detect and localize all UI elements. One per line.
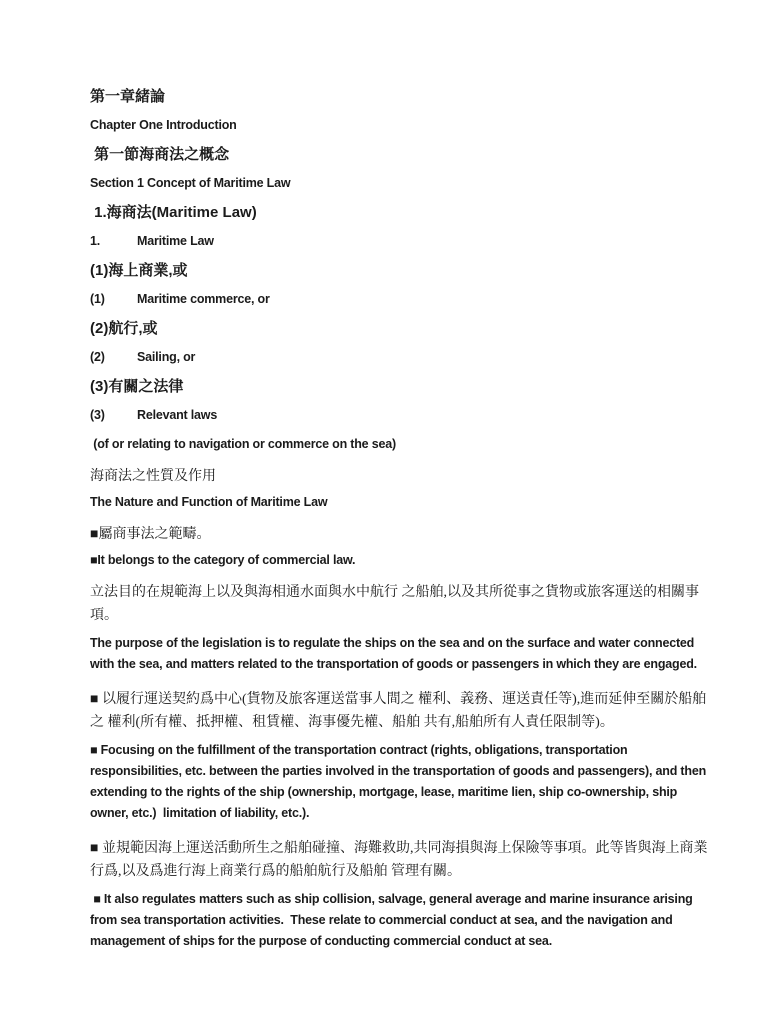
bullet-zh: ■屬商事法之範疇。 (90, 523, 710, 546)
bullet-paragraph-zh: ■ 並規範因海上運送活動所生之船舶碰撞、海難救助,共同海損與海上保險等事項。此等… (90, 837, 710, 883)
parenthetical-note-en: (of or relating to navigation or commerc… (90, 436, 710, 453)
list-item: (1) Maritime commerce, or (90, 291, 710, 308)
list-label: Maritime commerce, or (137, 291, 710, 308)
list-number: 1. (90, 233, 137, 250)
list-item: (2) Sailing, or (90, 349, 710, 366)
list-item-zh: (3)有關之法律 (90, 378, 710, 395)
bullet-paragraph-zh: ■ 以履行運送契約爲中心(貨物及旅客運送當事人間之 權利、義務、運送責任等),進… (90, 688, 710, 734)
subheading-zh: 海商法之性質及作用 (90, 465, 710, 488)
list-item-zh: (2)航行,或 (90, 320, 710, 337)
list-item-zh: (1)海上商業,或 (90, 262, 710, 279)
chapter-heading-zh: 第一章緒論 (90, 88, 710, 105)
chapter-heading-en: Chapter One Introduction (90, 117, 710, 134)
paragraph-en: The purpose of the legislation is to reg… (90, 633, 710, 675)
document-page: 第一章緒論 Chapter One Introduction 第一節海商法之概念… (0, 0, 768, 1024)
bullet-en: ■It belongs to the category of commercia… (90, 552, 710, 569)
list-item: 1. Maritime Law (90, 233, 710, 250)
list-number: (3) (90, 407, 137, 424)
bullet-paragraph-en: ■ Focusing on the fulfillment of the tra… (90, 740, 710, 824)
list-label: Relevant laws (137, 407, 710, 424)
section-heading-en: Section 1 Concept of Maritime Law (90, 175, 710, 192)
term-heading-zh: 1.海商法(Maritime Law) (90, 204, 710, 221)
list-label: Sailing, or (137, 349, 710, 366)
subheading-en: The Nature and Function of Maritime Law (90, 494, 710, 511)
section-heading-zh: 第一節海商法之概念 (90, 146, 710, 163)
list-number: (2) (90, 349, 137, 366)
bullet-paragraph-en: ■ It also regulates matters such as ship… (90, 889, 710, 952)
paragraph-zh: 立法目的在規範海上以及與海相通水面與水中航行 之船舶,以及其所從事之貨物或旅客運… (90, 581, 710, 627)
list-item: (3) Relevant laws (90, 407, 710, 424)
list-label: Maritime Law (137, 233, 710, 250)
list-number: (1) (90, 291, 137, 308)
